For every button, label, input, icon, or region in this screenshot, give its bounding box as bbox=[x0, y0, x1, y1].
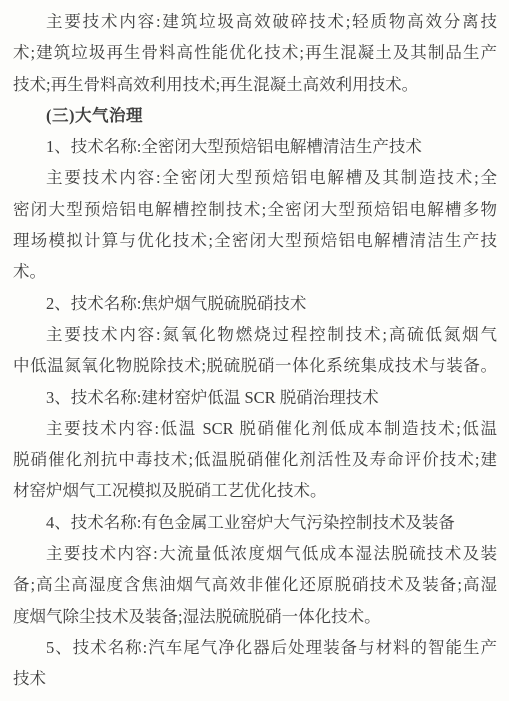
text-line: 1、技术名称:全密闭大型预焙铝电解槽清洁生产技术 bbox=[13, 131, 497, 162]
text-line: 5、技术名称:汽车尾气净化器后处理装备与材料的智能生产 bbox=[13, 632, 497, 663]
text-line: 备;高尘高湿度含焦油烟气高效非催化还原脱硝技术及装备;高湿 bbox=[13, 569, 497, 600]
item-title-3: 3、技术名称:建材窑炉低温 SCR 脱硝治理技术 bbox=[13, 382, 497, 413]
text-line: 术。 bbox=[13, 256, 497, 287]
text-line: 理场模拟计算与优化技术;全密闭大型预焙铝电解槽清洁生产技 bbox=[13, 225, 497, 256]
text-line: 主要技术内容:大流量低浓度烟气低成本湿法脱硫技术及装 bbox=[13, 538, 497, 569]
text-line: 密闭大型预焙铝电解槽控制技术;全密闭大型预焙铝电解槽多物 bbox=[13, 194, 497, 225]
text-line: 中低温氮氧化物脱除技术;脱硫脱硝一体化系统集成技术与装备。 bbox=[13, 350, 497, 381]
item-title-4: 4、技术名称:有色金属工业窑炉大气污染控制技术及装备 bbox=[13, 507, 497, 538]
document-page: 主要技术内容:建筑垃圾高效破碎技术;轻质物高效分离技 术;建筑垃圾再生骨料高性能… bbox=[0, 0, 509, 701]
text-line: 主要技术内容:建筑垃圾高效破碎技术;轻质物高效分离技 bbox=[13, 6, 497, 37]
item-title-2: 2、技术名称:焦炉烟气脱硫脱硝技术 bbox=[13, 288, 497, 319]
text-line: 度烟气除尘技术及装备;湿法脱硫脱硝一体化技术。 bbox=[13, 601, 497, 632]
text-line: 主要技术内容:低温 SCR 脱硝催化剂低成本制造技术;低温 bbox=[13, 413, 497, 444]
paragraph-item-1-content: 主要技术内容:全密闭大型预焙铝电解槽及其制造技术;全 密闭大型预焙铝电解槽控制技… bbox=[13, 162, 497, 287]
text-line: 术;建筑垃圾再生骨料高性能优化技术;再生混凝土及其制品生产 bbox=[13, 37, 497, 68]
item-title-5: 5、技术名称:汽车尾气净化器后处理装备与材料的智能生产 技术 bbox=[13, 632, 497, 695]
item-title-1: 1、技术名称:全密闭大型预焙铝电解槽清洁生产技术 bbox=[13, 131, 497, 162]
paragraph-item-4-content: 主要技术内容:大流量低浓度烟气低成本湿法脱硫技术及装 备;高尘高湿度含焦油烟气高… bbox=[13, 538, 497, 632]
text-line: 2、技术名称:焦炉烟气脱硫脱硝技术 bbox=[13, 288, 497, 319]
paragraph-item-3-content: 主要技术内容:低温 SCR 脱硝催化剂低成本制造技术;低温 脱硝催化剂抗中毒技术… bbox=[13, 413, 497, 507]
text-line: 3、技术名称:建材窑炉低温 SCR 脱硝治理技术 bbox=[13, 382, 497, 413]
text-line: 主要技术内容:氮氧化物燃烧过程控制技术;高硫低氮烟气 bbox=[13, 319, 497, 350]
text-line: 脱硝催化剂抗中毒技术;低温脱硝催化剂活性及寿命评价技术;建 bbox=[13, 444, 497, 475]
text-line: 技术;再生骨料高效利用技术;再生混凝土高效利用技术。 bbox=[13, 69, 497, 100]
section-heading-air-treatment: (三)大气治理 bbox=[13, 100, 497, 131]
text-line: 技术 bbox=[13, 663, 497, 694]
paragraph-recycling-content: 主要技术内容:建筑垃圾高效破碎技术;轻质物高效分离技 术;建筑垃圾再生骨料高性能… bbox=[13, 6, 497, 100]
text-line: 材窑炉烟气工况模拟及脱硝工艺优化技术。 bbox=[13, 475, 497, 506]
text-line: 主要技术内容:全密闭大型预焙铝电解槽及其制造技术;全 bbox=[13, 162, 497, 193]
section-heading-line: (三)大气治理 bbox=[13, 100, 497, 131]
paragraph-item-2-content: 主要技术内容:氮氧化物燃烧过程控制技术;高硫低氮烟气 中低温氮氧化物脱除技术;脱… bbox=[13, 319, 497, 382]
text-line: 4、技术名称:有色金属工业窑炉大气污染控制技术及装备 bbox=[13, 507, 497, 538]
